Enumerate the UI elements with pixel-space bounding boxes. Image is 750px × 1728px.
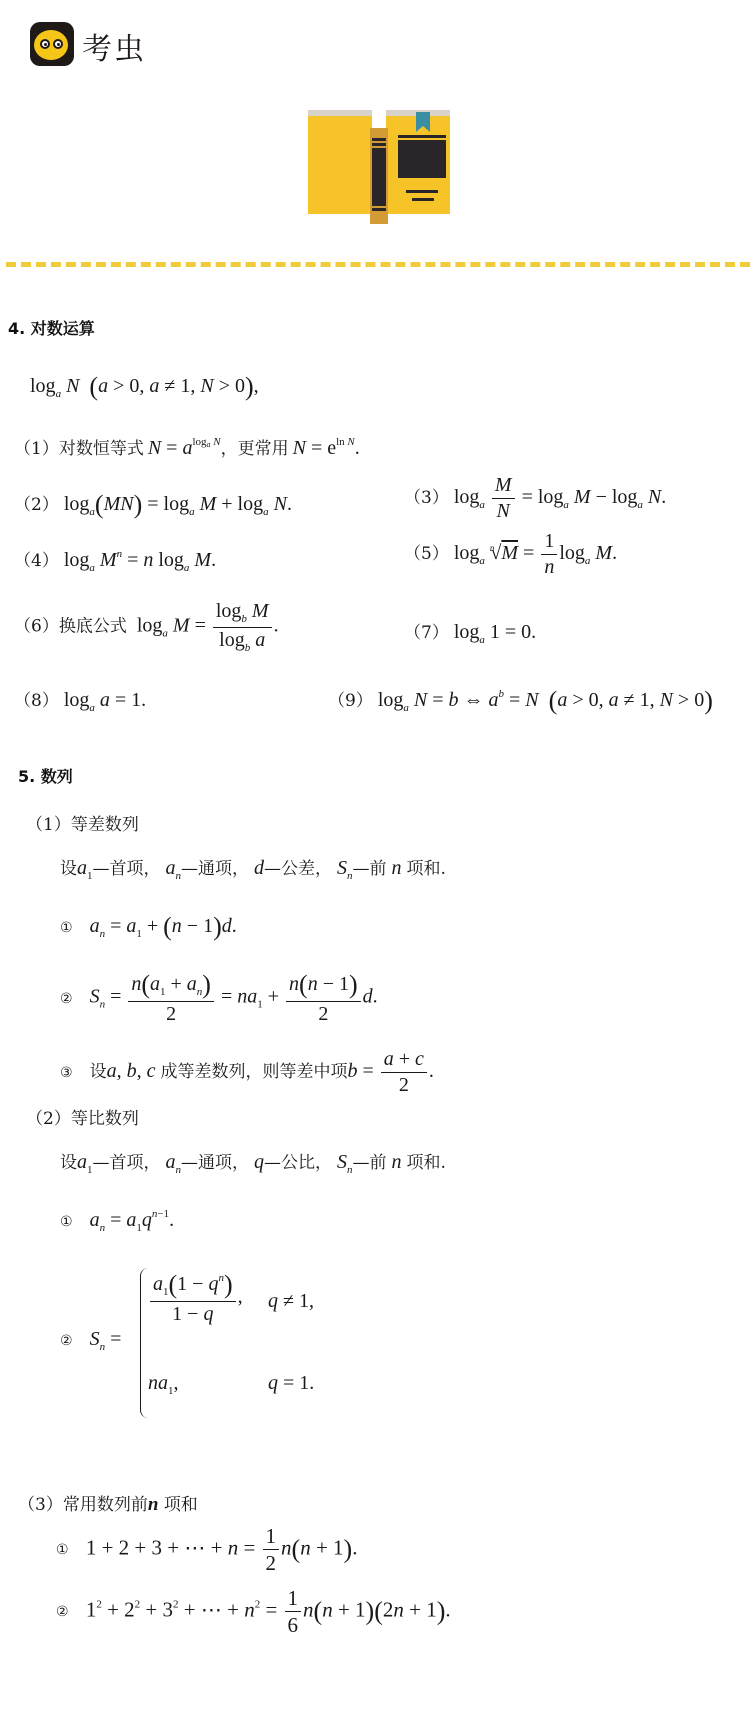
log-rule-9: （9） loga N = b ⇔ ab = N (a > 0, a ≠ 1, N… — [328, 686, 713, 716]
brand-name: 考虫 — [82, 24, 146, 68]
dashed-divider — [6, 262, 750, 267]
subsection-common-sums: （3）常用数列前n 项和 — [18, 1490, 198, 1516]
arithmetic-definitions: 设a1—首项， an—通项， d—公差， Sn—前 n 项和. — [60, 854, 446, 882]
geometric-definitions: 设a1—首项， an—通项， q—公比， Sn—前 n 项和. — [60, 1148, 446, 1176]
log-definition: loga N (a > 0, a ≠ 1, N > 0), — [30, 372, 259, 402]
geometric-formula-general-term: ① an = a1qn−1. — [60, 1208, 174, 1234]
book-icon — [308, 108, 450, 224]
subsection-geometric: （2）等比数列 — [26, 1104, 139, 1129]
kaochong-logo-icon — [30, 22, 74, 66]
log-rule-8: （8） loga a = 1. — [14, 686, 146, 714]
log-rule-5: （5） loga n√M = 1nloga M. — [404, 530, 617, 579]
geometric-formula-sum: ② Sn = — [60, 1328, 121, 1353]
arithmetic-formula-general-term: ① an = a1 + (n − 1)d. — [60, 912, 237, 942]
log-rule-4: （4） loga Mn = n loga M. — [14, 546, 216, 574]
geometric-sum-case-q-1: na1, — [148, 1372, 179, 1397]
subsection-arithmetic: （1）等差数列 — [26, 810, 139, 835]
section-title-logarithm: 4. 对数运算 — [8, 316, 95, 339]
sum-of-squares: ② 12 + 22 + 32 + ⋯ + n2 = 16n(n + 1)(2n … — [56, 1586, 451, 1637]
log-rule-2: （2） loga(MN) = loga M + loga N. — [14, 490, 292, 520]
log-rule-1: （1）对数恒等式 N = aloga N，更常用 N = eln N. — [14, 434, 360, 460]
sum-of-integers: ① 1 + 2 + 3 + ⋯ + n = 12n(n + 1). — [56, 1524, 357, 1575]
arithmetic-middle-term: ③ 设a, b, c 成等差数列，则等差中项b = a + c2. — [60, 1048, 434, 1097]
arithmetic-formula-sum: ② Sn = n(a1 + an)2 = na1 + n(n − 1)2d. — [60, 970, 378, 1026]
section-title-sequences: 5. 数列 — [18, 764, 73, 787]
log-rule-7: （7） loga 1 = 0. — [404, 618, 536, 646]
log-rule-3: （3） loga MN = loga M − loga N. — [404, 474, 666, 523]
geometric-sum-condition-2: q = 1. — [268, 1372, 314, 1395]
log-rule-6-change-of-base: （6）换底公式 loga M = logb Mlogb a. — [14, 600, 279, 654]
geometric-sum-case-q-not-1: a1(1 − qn)1 − q, — [148, 1270, 243, 1326]
geometric-sum-condition-1: q ≠ 1, — [268, 1290, 314, 1313]
